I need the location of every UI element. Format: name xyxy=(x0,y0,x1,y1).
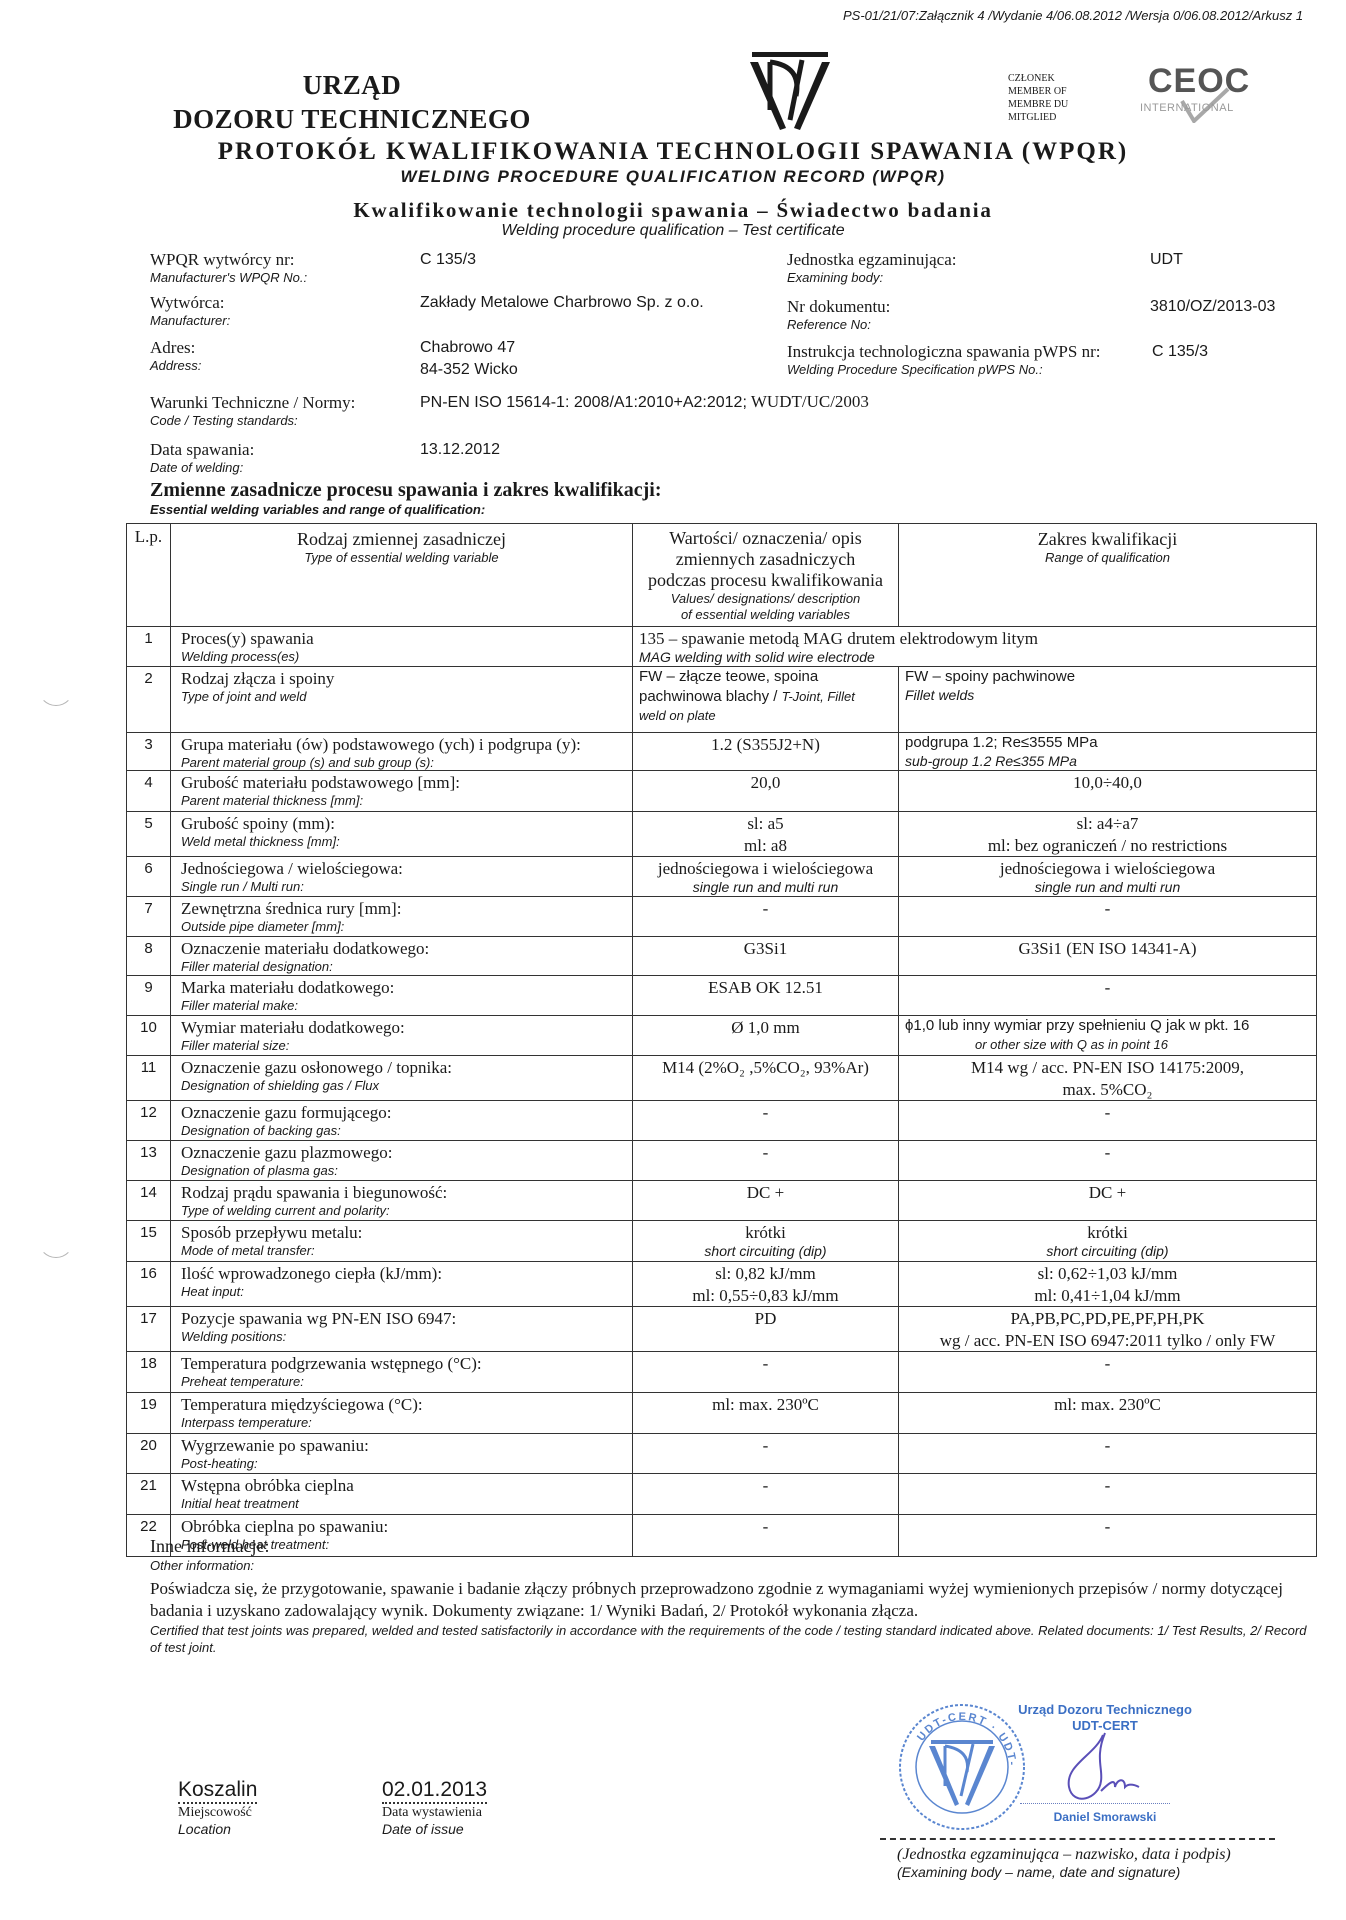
organization-name: URZĄD DOZORU TECHNICZNEGO xyxy=(172,68,532,136)
cell-line: - xyxy=(633,897,898,919)
variable-name-en: Outside pipe diameter [mm]: xyxy=(181,919,632,934)
row-number: 17 xyxy=(127,1307,171,1352)
header-value-pl: Wartości/ oznaczenia/ opis zmiennych zas… xyxy=(633,524,898,591)
examiner-signature-line xyxy=(880,1838,1275,1840)
cell-line: PA,PB,PC,PD,PE,PF,PH,PK xyxy=(899,1307,1316,1329)
header-variable-pl: Rodzaj zmiennej zasadniczej xyxy=(171,524,632,550)
issue-date-block: 02.01.2013 Data wystawienia Date of issu… xyxy=(382,1778,487,1837)
row-number: 2 xyxy=(127,667,171,733)
standards-value: PN-EN ISO 15614-1: 2008/A1:2010+A2:2012;… xyxy=(420,392,869,414)
variable-cell: Jednościegowa / wielościegowa:Single run… xyxy=(171,857,633,897)
signature-line xyxy=(1020,1803,1170,1804)
address-value: Chabrowo 47 84-352 Wicko xyxy=(420,337,518,381)
row-number: 15 xyxy=(127,1221,171,1262)
cell-line: - xyxy=(899,1515,1316,1537)
variable-name: Rodzaj prądu spawania i biegunowość: xyxy=(181,1181,632,1203)
range-cell: - xyxy=(899,1434,1317,1474)
range-cell: - xyxy=(899,1141,1317,1181)
signature-icon xyxy=(1055,1725,1155,1810)
cell-line: - xyxy=(899,1141,1316,1163)
cell-line: - xyxy=(899,1101,1316,1123)
variable-name: Sposób przepływu metalu: xyxy=(181,1221,632,1243)
cell-line: sl: a5 xyxy=(633,812,898,834)
cell-line: FW – złącze teowe, spoina xyxy=(639,667,898,687)
table-row: 6Jednościegowa / wielościegowa:Single ru… xyxy=(127,857,1317,897)
row-number: 20 xyxy=(127,1434,171,1474)
table-row: 2Rodzaj złącza i spoinyType of joint and… xyxy=(127,667,1317,733)
value-cell: PD xyxy=(633,1307,899,1352)
field-sublabel: Address: xyxy=(150,358,201,374)
cell-line: M14 wg / acc. PN-EN ISO 14175:2009, xyxy=(899,1056,1316,1078)
cell-line: 135 – spawanie metodą MAG drutem elektro… xyxy=(639,627,1316,649)
standards-sans: PN-EN ISO 15614-1: 2008/A1:2010+A2:2012; xyxy=(420,394,747,411)
certification-statement: Poświadcza się, że przygotowanie, spawan… xyxy=(150,1578,1320,1622)
variable-name: Ilość wprowadzonego ciepła (kJ/mm): xyxy=(181,1262,632,1284)
header-value-en: Values/ designations/ description of ess… xyxy=(633,591,898,623)
cell-line: ESAB OK 12.51 xyxy=(633,976,898,998)
table-row: 18Temperatura podgrzewania wstępnego (°C… xyxy=(127,1352,1317,1393)
punch-hole-mark xyxy=(38,670,74,706)
field-sublabel: Manufacturer's WPQR No.: xyxy=(150,270,307,286)
variable-name-en: Interpass temperature: xyxy=(181,1415,632,1430)
value-cell: M14 (2%O₂ ,5%CO₂, 93%Ar) xyxy=(633,1056,899,1101)
table-row: 12Oznaczenie gazu formującego:Designatio… xyxy=(127,1101,1317,1141)
cell-line-en: Fillet welds xyxy=(905,687,1316,704)
variable-cell: Rodzaj prądu spawania i biegunowość:Type… xyxy=(171,1181,633,1221)
cell-line: ml: a8 xyxy=(633,834,898,856)
table-row: 13Oznaczenie gazu plazmowego:Designation… xyxy=(127,1141,1317,1181)
cell-line: DC + xyxy=(899,1181,1316,1203)
variable-name: Pozycje spawania wg PN-EN ISO 6947: xyxy=(181,1307,632,1329)
cell-line: - xyxy=(633,1101,898,1123)
row-number: 14 xyxy=(127,1181,171,1221)
variable-name: Grubość spoiny (mm): xyxy=(181,812,632,834)
cell-line-en: or other size with Q as in point 16 xyxy=(905,1036,1316,1053)
field-pwps-no: Instrukcja technologiczna spawania pWPS … xyxy=(787,342,1100,378)
cell-line: 10,0÷40,0 xyxy=(899,771,1316,793)
header-range-pl: Zakres kwalifikacji xyxy=(899,524,1316,550)
ceoc-sub: INTERNATIONAL xyxy=(1140,102,1234,114)
variable-cell: Wstępna obróbka cieplnaInitial heat trea… xyxy=(171,1474,633,1515)
cell-line: krótki xyxy=(633,1221,898,1243)
cell-line-en: sub-group 1.2 Re≤355 MPa xyxy=(905,753,1316,770)
range-cell: ml: max. 230ºC xyxy=(899,1393,1317,1434)
variable-cell: Grubość spoiny (mm):Weld metal thickness… xyxy=(171,812,633,857)
variable-name-en: Initial heat treatment xyxy=(181,1496,632,1511)
variable-name: Grupa materiału (ów) podstawowego (ych) … xyxy=(181,733,632,755)
document-subtitle-en: Welding procedure qualification – Test c… xyxy=(0,222,1346,240)
table-row: 11Oznaczenie gazu osłonowego / topnika:D… xyxy=(127,1056,1317,1101)
essential-variables-table: L.p. Rodzaj zmiennej zasadniczej Type of… xyxy=(126,523,1317,1557)
row-number: 5 xyxy=(127,812,171,857)
cell-line: Ø 1,0 mm xyxy=(633,1016,898,1038)
cell-line: M14 (2%O₂ ,5%CO₂, 93%Ar) xyxy=(633,1056,898,1078)
org-line-2: DOZORU TECHNICZNEGO xyxy=(172,102,532,136)
range-cell: ϕ1,0 lub inny wymiar przy spełnieniu Q j… xyxy=(899,1016,1317,1056)
variable-name: Zewnętrzna średnica rury [mm]: xyxy=(181,897,632,919)
cell-line: - xyxy=(633,1515,898,1537)
field-sublabel: Welding Procedure Specification pWPS No.… xyxy=(787,362,1100,378)
field-label: Adres: xyxy=(150,338,201,358)
standards-serif: WUDT/UC/2003 xyxy=(751,392,869,411)
field-label: Data spawania: xyxy=(150,440,254,460)
value-cell: DC + xyxy=(633,1181,899,1221)
cell-line: - xyxy=(899,1474,1316,1496)
table-row: 8Oznaczenie materiału dodatkowego:Filler… xyxy=(127,937,1317,976)
cell-line: sl: a4÷a7 xyxy=(899,812,1316,834)
header-line: Values/ designations/ description xyxy=(633,591,898,607)
range-cell: sl: 0,62÷1,03 kJ/mmml: 0,41÷1,04 kJ/mm xyxy=(899,1262,1317,1307)
value-cell: krótkishort circuiting (dip) xyxy=(633,1221,899,1262)
cell-line-en: MAG welding with solid wire electrode xyxy=(639,649,1316,666)
value-cell: sl: 0,82 kJ/mmml: 0,55÷0,83 kJ/mm xyxy=(633,1262,899,1307)
field-standards: Warunki Techniczne / Normy: Code / Testi… xyxy=(150,393,355,429)
cell-line-en: short circuiting (dip) xyxy=(899,1243,1316,1260)
punch-hole-mark xyxy=(38,1222,74,1258)
variable-name-en: Parent material group (s) and sub group … xyxy=(181,755,632,770)
header-value: Wartości/ oznaczenia/ opis zmiennych zas… xyxy=(633,524,899,627)
table-row: 4Grubość materiału podstawowego [mm]:Par… xyxy=(127,771,1317,812)
range-cell: G3Si1 (EN ISO 14341-A) xyxy=(899,937,1317,976)
cell-line: krótki xyxy=(899,1221,1316,1243)
header-range-en: Range of qualification xyxy=(899,550,1316,566)
cell-line-en: single run and multi run xyxy=(899,879,1316,896)
variable-name-en: Heat input: xyxy=(181,1284,632,1299)
header-line: zmiennych zasadniczych xyxy=(633,549,898,570)
stamp-org: Urząd Dozoru Technicznego xyxy=(1000,1702,1210,1718)
value-cell: - xyxy=(633,1352,899,1393)
variable-cell: Proces(y) spawaniaWelding process(es) xyxy=(171,627,633,667)
variable-name: Obróbka cieplna po spawaniu: xyxy=(181,1515,632,1537)
variable-name: Oznaczenie materiału dodatkowego: xyxy=(181,937,632,959)
examiner-caption: (Jednostka egzaminująca – nazwisko, data… xyxy=(897,1846,1231,1864)
field-sublabel: Reference No: xyxy=(787,317,890,333)
header-line: Wartości/ oznaczenia/ opis xyxy=(633,528,898,549)
cell-line-en: T-Joint, Fillet xyxy=(782,689,855,704)
row-number: 11 xyxy=(127,1056,171,1101)
variable-cell: Temperatura międzyściegowa (°C):Interpas… xyxy=(171,1393,633,1434)
variable-name: Grubość materiału podstawowego [mm]: xyxy=(181,771,632,793)
cell-line: FW – spoiny pachwinowe xyxy=(905,667,1316,687)
field-label: Warunki Techniczne / Normy: xyxy=(150,393,355,413)
header-line: podczas procesu kwalifikowania xyxy=(633,570,898,591)
row-number: 6 xyxy=(127,857,171,897)
variable-name-en: Designation of backing gas: xyxy=(181,1123,632,1138)
issue-date-sublabel: Date of issue xyxy=(382,1821,487,1837)
variable-name-en: Designation of shielding gas / Flux xyxy=(181,1078,632,1093)
other-info-sublabel: Other information: xyxy=(150,1558,254,1573)
variable-name: Wstępna obróbka cieplna xyxy=(181,1474,632,1496)
table-row: 3Grupa materiału (ów) podstawowego (ych)… xyxy=(127,733,1317,771)
reference-no-value: 3810/OZ/2013-03 xyxy=(1150,296,1275,318)
address-line-1: Chabrowo 47 xyxy=(420,337,518,359)
range-cell: podgrupa 1.2; Re≤3555 MPasub-group 1.2 R… xyxy=(899,733,1317,771)
header-variable-en: Type of essential welding variable xyxy=(171,550,632,566)
cell-line: sl: 0,62÷1,03 kJ/mm xyxy=(899,1262,1316,1284)
variable-name: Temperatura międzyściegowa (°C): xyxy=(181,1393,632,1415)
member-line: MITGLIED xyxy=(1008,111,1068,124)
variable-name-en: Welding process(es) xyxy=(181,649,632,664)
field-sublabel: Code / Testing standards: xyxy=(150,413,355,429)
variable-name: Rodzaj złącza i spoiny xyxy=(181,667,632,689)
value-cell: FW – złącze teowe, spoinapachwinowa blac… xyxy=(633,667,899,733)
header-range: Zakres kwalifikacji Range of qualificati… xyxy=(899,524,1317,627)
range-cell: 10,0÷40,0 xyxy=(899,771,1317,812)
member-line: CZŁONEK xyxy=(1008,72,1068,85)
examiner-caption-en: (Examining body – name, date and signatu… xyxy=(897,1864,1180,1880)
cell-line: ml: max. 230ºC xyxy=(633,1393,898,1415)
cell-line: - xyxy=(899,1434,1316,1456)
row-number: 1 xyxy=(127,627,171,667)
table-row: 21Wstępna obróbka cieplnaInitial heat tr… xyxy=(127,1474,1317,1515)
document-title-en: WELDING PROCEDURE QUALIFICATION RECORD (… xyxy=(0,167,1346,187)
row-number: 4 xyxy=(127,771,171,812)
row-number: 10 xyxy=(127,1016,171,1056)
cell-line: max. 5%CO₂ xyxy=(899,1078,1316,1100)
cell-line: ml: max. 230ºC xyxy=(899,1393,1316,1415)
member-text: CZŁONEK MEMBER OF MEMBRE DU MITGLIED xyxy=(1008,72,1068,124)
table-row: 9Marka materiału dodatkowego:Filler mate… xyxy=(127,976,1317,1016)
table-header-row: L.p. Rodzaj zmiennej zasadniczej Type of… xyxy=(127,524,1317,627)
range-cell: - xyxy=(899,1474,1317,1515)
location-label: Miejscowość xyxy=(178,1805,257,1821)
certification-statement-en: Certified that test joints was prepared,… xyxy=(150,1622,1320,1656)
table-row: 15Sposób przepływu metalu:Mode of metal … xyxy=(127,1221,1317,1262)
variable-cell: Oznaczenie gazu plazmowego:Designation o… xyxy=(171,1141,633,1181)
variable-name-en: Type of welding current and polarity: xyxy=(181,1203,632,1218)
ceoc-logo-icon: CEOC INTERNATIONAL xyxy=(1130,62,1260,122)
variable-cell: Oznaczenie gazu formującego:Designation … xyxy=(171,1101,633,1141)
cell-line: 1.2 (S355J2+N) xyxy=(633,733,898,755)
cell-line: G3Si1 (EN ISO 14341-A) xyxy=(899,937,1316,959)
udt-logo-icon xyxy=(740,48,840,133)
value-cell: Ø 1,0 mm xyxy=(633,1016,899,1056)
range-cell: jednościegowa i wielościegowasingle run … xyxy=(899,857,1317,897)
table-row: 10Wymiar materiału dodatkowego:Filler ma… xyxy=(127,1016,1317,1056)
document-title: PROTOKÓŁ KWALIFIKOWANIA TECHNOLOGII SPAW… xyxy=(0,138,1346,166)
location-sublabel: Location xyxy=(178,1821,257,1837)
cell-line: - xyxy=(633,1141,898,1163)
variable-name-en: Designation of plasma gas: xyxy=(181,1163,632,1178)
cell-line-en: single run and multi run xyxy=(633,879,898,896)
row-number: 3 xyxy=(127,733,171,771)
variable-name: Oznaczenie gazu formującego: xyxy=(181,1101,632,1123)
field-manufacturer: Wytwórca: Manufacturer: xyxy=(150,293,230,329)
range-cell: - xyxy=(899,897,1317,937)
value-cell: - xyxy=(633,1101,899,1141)
cell-line: G3Si1 xyxy=(633,937,898,959)
variable-name-en: Post-heating: xyxy=(181,1456,632,1471)
variable-cell: Marka materiału dodatkowego:Filler mater… xyxy=(171,976,633,1016)
header-variable: Rodzaj zmiennej zasadniczej Type of esse… xyxy=(171,524,633,627)
variable-name: Oznaczenie gazu plazmowego: xyxy=(181,1141,632,1163)
value-cell: 20,0 xyxy=(633,771,899,812)
row-number: 12 xyxy=(127,1101,171,1141)
value-cell: - xyxy=(633,1474,899,1515)
header-line: of essential welding variables xyxy=(633,607,898,623)
variable-name: Marka materiału dodatkowego: xyxy=(181,976,632,998)
row-number: 19 xyxy=(127,1393,171,1434)
row-number: 21 xyxy=(127,1474,171,1515)
cell-line: DC + xyxy=(633,1181,898,1203)
value-cell: - xyxy=(633,1434,899,1474)
cell-line: podgrupa 1.2; Re≤3555 MPa xyxy=(905,733,1316,753)
other-info-label: Inne informacje: xyxy=(150,1536,269,1557)
variable-name: Oznaczenie gazu osłonowego / topnika: xyxy=(181,1056,632,1078)
table-row: 14Rodzaj prądu spawania i biegunowość:Ty… xyxy=(127,1181,1317,1221)
range-cell: - xyxy=(899,1101,1317,1141)
range-cell: FW – spoiny pachwinoweFillet welds xyxy=(899,667,1317,733)
range-cell: DC + xyxy=(899,1181,1317,1221)
value-cell-merged: 135 – spawanie metodą MAG drutem elektro… xyxy=(633,627,1317,667)
org-line-1: URZĄD xyxy=(172,68,532,102)
cell-line-en: short circuiting (dip) xyxy=(633,1243,898,1260)
table-row: 5Grubość spoiny (mm):Weld metal thicknes… xyxy=(127,812,1317,857)
table-body: 1Proces(y) spawaniaWelding process(es)13… xyxy=(127,627,1317,1557)
cell-line: jednościegowa i wielościegowa xyxy=(899,857,1316,879)
field-label: Nr dokumentu: xyxy=(787,297,890,317)
cell-line: wg / acc. PN-EN ISO 6947:2011 tylko / on… xyxy=(899,1329,1316,1351)
member-line: MEMBER OF xyxy=(1008,85,1068,98)
table-row: 22Obróbka cieplna po spawaniu:Post-weld … xyxy=(127,1515,1317,1557)
value-cell: sl: a5ml: a8 xyxy=(633,812,899,857)
field-label: WPQR wytwórcy nr: xyxy=(150,250,307,270)
signer-name: Daniel Smorawski xyxy=(1020,1810,1190,1824)
value-cell: G3Si1 xyxy=(633,937,899,976)
value-cell: jednościegowa i wielościegowasingle run … xyxy=(633,857,899,897)
section-subtitle: Essential welding variables and range of… xyxy=(150,502,485,517)
cell-line: - xyxy=(899,897,1316,919)
address-line-2: 84-352 Wicko xyxy=(420,359,518,381)
cell-line: - xyxy=(899,1352,1316,1374)
range-cell: sl: a4÷a7ml: bez ograniczeń / no restric… xyxy=(899,812,1317,857)
cell-line: - xyxy=(633,1474,898,1496)
range-cell: - xyxy=(899,1352,1317,1393)
row-number: 9 xyxy=(127,976,171,1016)
field-label: Instrukcja technologiczna spawania pWPS … xyxy=(787,342,1100,362)
issue-date-value: 02.01.2013 xyxy=(382,1778,487,1804)
variable-cell: Zewnętrzna średnica rury [mm]:Outside pi… xyxy=(171,897,633,937)
variable-cell: Temperatura podgrzewania wstępnego (°C):… xyxy=(171,1352,633,1393)
variable-name-en: Filler material designation: xyxy=(181,959,632,974)
cell-line: 20,0 xyxy=(633,771,898,793)
document-subtitle: Kwalifikowanie technologii spawania – Św… xyxy=(0,198,1346,223)
manufacturer-value: Zakłady Metalowe Charbrowo Sp. z o.o. xyxy=(420,292,704,314)
variable-name-en: Single run / Multi run: xyxy=(181,879,632,894)
field-sublabel: Date of welding: xyxy=(150,460,254,476)
variable-cell: Wygrzewanie po spawaniu:Post-heating: xyxy=(171,1434,633,1474)
cell-line-en: weld on plate xyxy=(639,707,898,724)
variable-cell: Pozycje spawania wg PN-EN ISO 6947:Weldi… xyxy=(171,1307,633,1352)
variable-cell: Grubość materiału podstawowego [mm]:Pare… xyxy=(171,771,633,812)
cell-line: sl: 0,82 kJ/mm xyxy=(633,1262,898,1284)
form-code: PS-01/21/07:Załącznik 4 /Wydanie 4/06.08… xyxy=(843,8,1303,23)
table-row: 16Ilość wprowadzonego ciepła (kJ/mm):Hea… xyxy=(127,1262,1317,1307)
variable-name-en: Welding positions: xyxy=(181,1329,632,1344)
table-row: 19Temperatura międzyściegowa (°C):Interp… xyxy=(127,1393,1317,1434)
variable-name-en: Weld metal thickness [mm]: xyxy=(181,834,632,849)
cell-line: - xyxy=(633,1352,898,1374)
cell-line: ml: bez ograniczeń / no restrictions xyxy=(899,834,1316,856)
field-sublabel: Manufacturer: xyxy=(150,313,230,329)
location-value: Koszalin xyxy=(178,1778,257,1804)
variable-name: Proces(y) spawania xyxy=(181,627,632,649)
variable-name-en: Mode of metal transfer: xyxy=(181,1243,632,1258)
variable-name: Jednościegowa / wielościegowa: xyxy=(181,857,632,879)
variable-name: Wymiar materiału dodatkowego: xyxy=(181,1016,632,1038)
variable-name-en: Preheat temperature: xyxy=(181,1374,632,1389)
field-reference-no: Nr dokumentu: Reference No: xyxy=(787,297,890,333)
value-cell: - xyxy=(633,1141,899,1181)
wpqr-no-value: C 135/3 xyxy=(420,249,476,271)
range-cell: M14 wg / acc. PN-EN ISO 14175:2009,max. … xyxy=(899,1056,1317,1101)
table-row: 1Proces(y) spawaniaWelding process(es)13… xyxy=(127,627,1317,667)
field-sublabel: Examining body: xyxy=(787,270,956,286)
value-cell: ml: max. 230ºC xyxy=(633,1393,899,1434)
examining-body-value: UDT xyxy=(1150,249,1183,271)
variable-cell: Ilość wprowadzonego ciepła (kJ/mm):Heat … xyxy=(171,1262,633,1307)
table-row: 20Wygrzewanie po spawaniu:Post-heating:-… xyxy=(127,1434,1317,1474)
variable-name-en: Filler material make: xyxy=(181,998,632,1013)
variable-name: Wygrzewanie po spawaniu: xyxy=(181,1434,632,1456)
cell-line: - xyxy=(899,976,1316,998)
range-cell: PA,PB,PC,PD,PE,PF,PH,PKwg / acc. PN-EN I… xyxy=(899,1307,1317,1352)
section-title: Zmienne zasadnicze procesu spawania i za… xyxy=(150,479,661,502)
variable-name-en: Parent material thickness [mm]: xyxy=(181,793,632,808)
issue-date-label: Data wystawienia xyxy=(382,1805,487,1821)
range-cell: - xyxy=(899,976,1317,1016)
value-cell: 1.2 (S355J2+N) xyxy=(633,733,899,771)
cell-line: ml: 0,55÷0,83 kJ/mm xyxy=(633,1284,898,1306)
field-wpqr-no: WPQR wytwórcy nr: Manufacturer's WPQR No… xyxy=(150,250,307,286)
variable-cell: Oznaczenie materiału dodatkowego:Filler … xyxy=(171,937,633,976)
variable-cell: Sposób przepływu metalu:Mode of metal tr… xyxy=(171,1221,633,1262)
field-address: Adres: Address: xyxy=(150,338,201,374)
variable-cell: Grupa materiału (ów) podstawowego (ych) … xyxy=(171,733,633,771)
range-cell: - xyxy=(899,1515,1317,1557)
variable-cell: Wymiar materiału dodatkowego:Filler mate… xyxy=(171,1016,633,1056)
welding-date-value: 13.12.2012 xyxy=(420,439,500,461)
header-lp: L.p. xyxy=(127,524,171,627)
field-label: Wytwórca: xyxy=(150,293,230,313)
value-cell: ESAB OK 12.51 xyxy=(633,976,899,1016)
variable-name-en: Filler material size: xyxy=(181,1038,632,1053)
cell-line: pachwinowa blachy / T-Joint, Fillet xyxy=(639,687,898,707)
table-row: 7Zewnętrzna średnica rury [mm]:Outside p… xyxy=(127,897,1317,937)
cell-line: - xyxy=(633,1434,898,1456)
variable-cell: Rodzaj złącza i spoinyType of joint and … xyxy=(171,667,633,733)
value-cell: - xyxy=(633,897,899,937)
cell-line: jednościegowa i wielościegowa xyxy=(633,857,898,879)
row-number: 13 xyxy=(127,1141,171,1181)
cell-line: ϕ1,0 lub inny wymiar przy spełnieniu Q j… xyxy=(905,1016,1316,1036)
range-cell: krótkishort circuiting (dip) xyxy=(899,1221,1317,1262)
cell-line: ml: 0,41÷1,04 kJ/mm xyxy=(899,1284,1316,1306)
location-block: Koszalin Miejscowość Location xyxy=(178,1778,257,1837)
pwps-no-value: C 135/3 xyxy=(1152,341,1208,363)
table-row: 17Pozycje spawania wg PN-EN ISO 6947:Wel… xyxy=(127,1307,1317,1352)
field-label: Jednostka egzaminująca: xyxy=(787,250,956,270)
variable-name-en: Type of joint and weld xyxy=(181,689,632,704)
row-number: 16 xyxy=(127,1262,171,1307)
cell-line: PD xyxy=(633,1307,898,1329)
row-number: 18 xyxy=(127,1352,171,1393)
field-welding-date: Data spawania: Date of welding: xyxy=(150,440,254,476)
value-cell: - xyxy=(633,1515,899,1557)
field-examining-body: Jednostka egzaminująca: Examining body: xyxy=(787,250,956,286)
row-number: 7 xyxy=(127,897,171,937)
variable-cell: Oznaczenie gazu osłonowego / topnika:Des… xyxy=(171,1056,633,1101)
